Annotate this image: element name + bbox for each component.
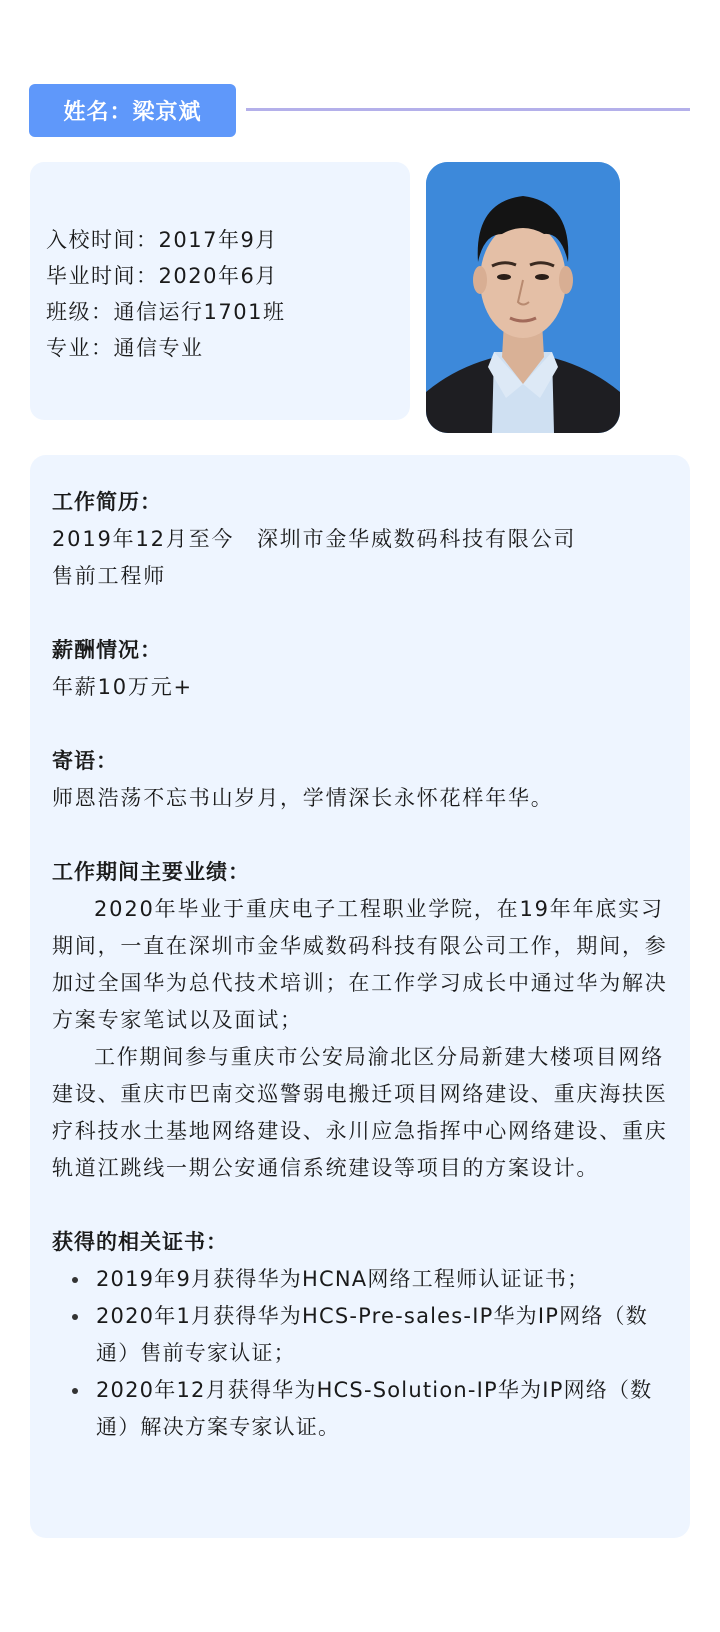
certificate-item: 2020年1月获得华为HCS-Pre-sales-IP华为IP网络（数通）售前专… [96, 1298, 668, 1372]
achievements-section: 工作期间主要业绩： 2020年毕业于重庆电子工程职业学院，在19年年底实习期间，… [52, 853, 668, 1187]
achievement-paragraph: 2020年毕业于重庆电子工程职业学院，在19年年底实习期间，一直在深圳市金华威数… [52, 891, 668, 1039]
portrait-photo [426, 162, 620, 433]
portrait-illustration [426, 162, 620, 433]
message-section: 寄语： 师恩浩荡不忘书山岁月，学情深长永怀花样年华。 [52, 742, 668, 817]
header-divider [246, 108, 690, 111]
certificate-item: 2020年12月获得华为HCS-Solution-IP华为IP网络（数通）解决方… [96, 1372, 668, 1446]
work-history-line: 2019年12月至今 深圳市金华威数码科技有限公司 [52, 521, 668, 558]
salary-value: 年薪10万元+ [52, 669, 668, 706]
message-text: 师恩浩荡不忘书山岁月，学情深长永怀花样年华。 [52, 780, 668, 817]
achievements-title: 工作期间主要业绩： [52, 853, 668, 891]
salary-section: 薪酬情况： 年薪10万元+ [52, 631, 668, 706]
salary-title: 薪酬情况： [52, 631, 668, 669]
enrollment-date: 入校时间：2017年9月 [46, 222, 410, 258]
name-badge: 姓名：梁京斌 [29, 84, 236, 137]
major: 专业：通信专业 [46, 330, 410, 366]
graduation-date: 毕业时间：2020年6月 [46, 258, 410, 294]
achievement-paragraph: 工作期间参与重庆市公安局渝北区分局新建大楼项目网络建设、重庆市巴南交巡警弱电搬迁… [52, 1039, 668, 1187]
work-history-title: 工作简历： [52, 483, 668, 521]
class-name: 班级：通信运行1701班 [46, 294, 410, 330]
basic-info-card: 入校时间：2017年9月 毕业时间：2020年6月 班级：通信运行1701班 专… [30, 162, 410, 420]
certificate-item: 2019年9月获得华为HCNA网络工程师认证证书； [96, 1261, 668, 1298]
certificates-list: 2019年9月获得华为HCNA网络工程师认证证书； 2020年1月获得华为HCS… [52, 1261, 668, 1446]
message-title: 寄语： [52, 742, 668, 780]
work-history-section: 工作简历： 2019年12月至今 深圳市金华威数码科技有限公司 售前工程师 [52, 483, 668, 595]
certificates-title: 获得的相关证书： [52, 1223, 668, 1261]
profile-details-card: 工作简历： 2019年12月至今 深圳市金华威数码科技有限公司 售前工程师 薪酬… [30, 455, 690, 1538]
work-history-line: 售前工程师 [52, 558, 668, 595]
certificates-section: 获得的相关证书： 2019年9月获得华为HCNA网络工程师认证证书； 2020年… [52, 1223, 668, 1446]
